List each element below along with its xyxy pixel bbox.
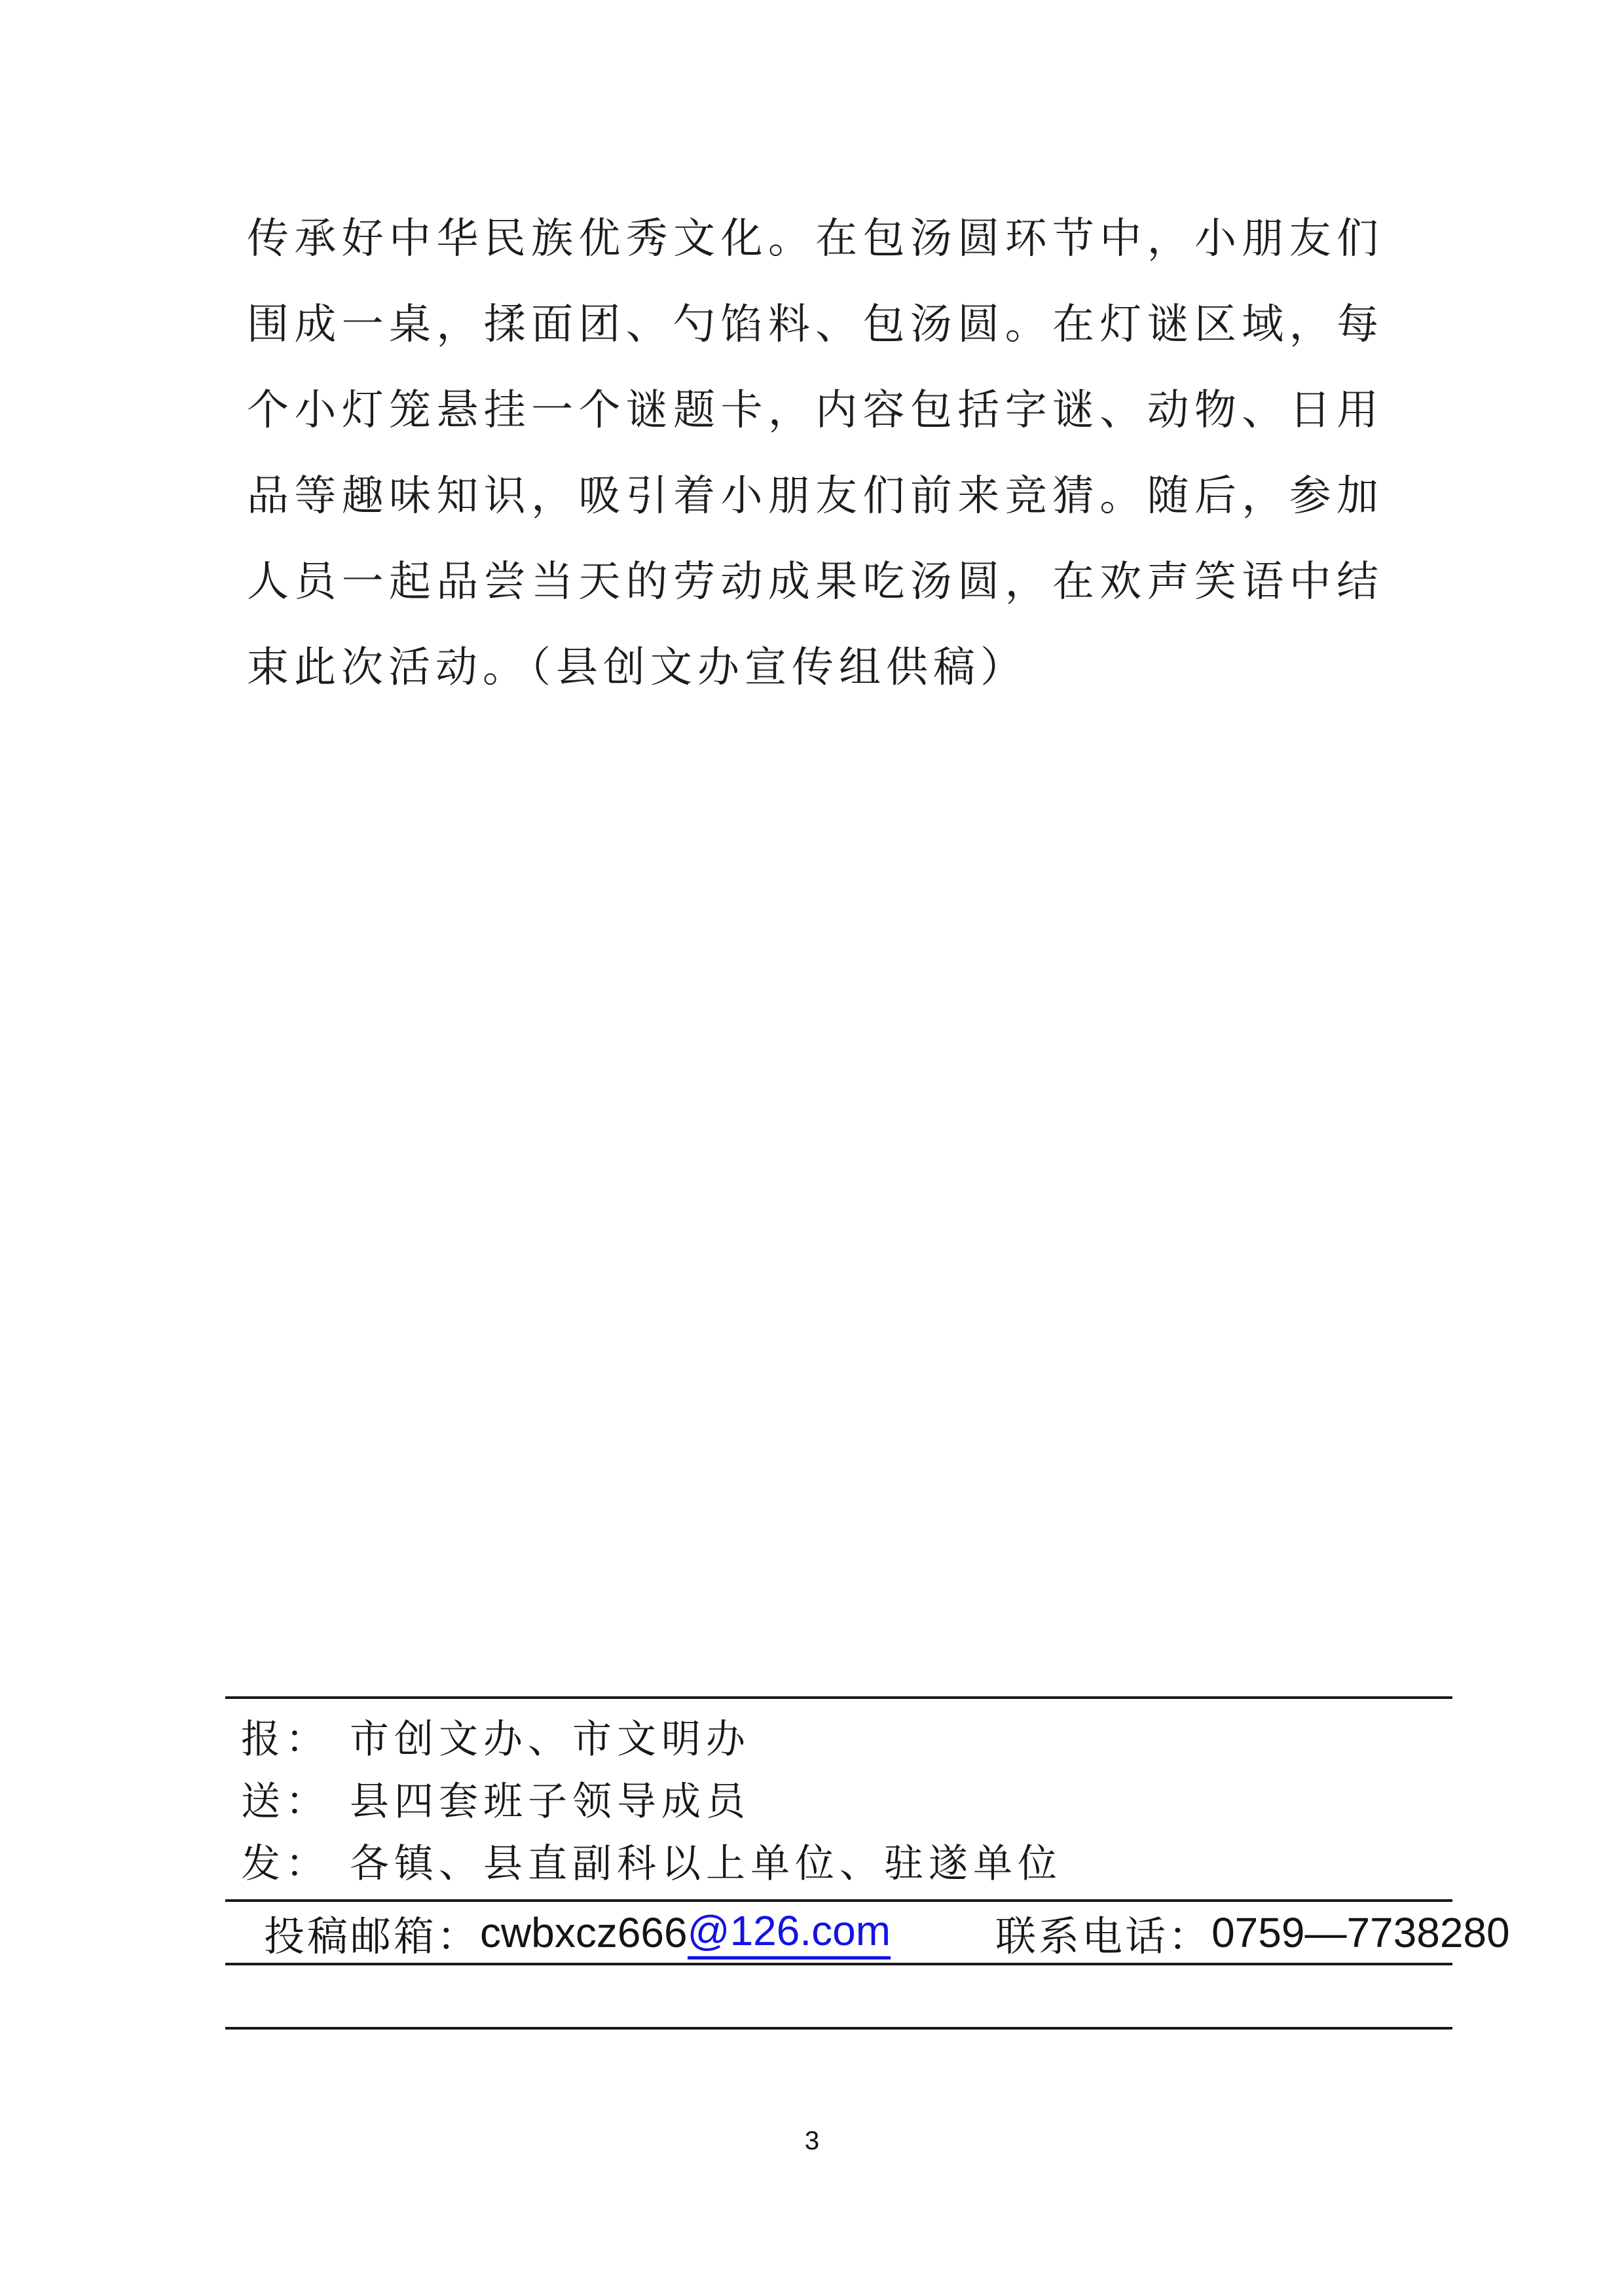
body-line: 品等趣味知识，吸引着小朋友们前来竞猜。随后，参加 (247, 453, 1384, 539)
distribution-value: 各镇、县直副科以上单位、驻遂单位 (350, 1842, 1062, 1886)
page-number: 3 (0, 2126, 1624, 2156)
document-page: 传承好中华民族优秀文化。在包汤圆环节中，小朋友们 围成一桌，揉面团、勺馅料、包汤… (0, 0, 1624, 2296)
email-user: cwbxcz666 (480, 1908, 688, 1957)
distribution-row-report: 报：市创文办、市文明办 (241, 1709, 1452, 1771)
distribution-label: 送： (241, 1780, 330, 1823)
body-line-last: 束此次活动。（县创文办宣传组供稿） (247, 625, 1384, 710)
body-line: 围成一桌，揉面团、勺馅料、包汤圆。在灯谜区域，每 (247, 282, 1384, 367)
distribution-list: 报：市创文办、市文明办 送：县四套班子领导成员 发：各镇、县直副科以上单位、驻遂… (241, 1709, 1452, 1895)
email-label: 投稿邮箱： (264, 1904, 480, 1962)
footer-top-rule (225, 1696, 1452, 1699)
distribution-row-send: 送：县四套班子领导成员 (241, 1771, 1452, 1833)
distribution-row-issue: 发：各镇、县直副科以上单位、驻遂单位 (241, 1833, 1452, 1895)
footer-contact-bottom-rule (225, 1963, 1452, 1965)
body-line: 人员一起品尝当天的劳动成果吃汤圆，在欢声笑语中结 (247, 539, 1384, 625)
contact-row: 投稿邮箱： cwbxcz666 @126.com 联系电话： 0759—7738… (225, 1903, 1452, 1962)
email-domain-link[interactable]: @126.com (688, 1906, 891, 1959)
body-line: 个小灯笼悬挂一个谜题卡，内容包括字谜、动物、日用 (247, 367, 1384, 453)
distribution-label: 发： (241, 1842, 330, 1886)
phone-number: 0759—7738280 (1211, 1908, 1510, 1957)
footer-bottom-rule (225, 2027, 1452, 2030)
footer-middle-rule (225, 1899, 1452, 1902)
distribution-value: 市创文办、市文明办 (350, 1718, 750, 1761)
distribution-value: 县四套班子领导成员 (350, 1780, 750, 1823)
distribution-label: 报： (241, 1718, 330, 1761)
phone-label: 联系电话： (995, 1904, 1211, 1962)
body-paragraph: 传承好中华民族优秀文化。在包汤圆环节中，小朋友们 围成一桌，揉面团、勺馅料、包汤… (247, 196, 1384, 710)
body-line: 传承好中华民族优秀文化。在包汤圆环节中，小朋友们 (247, 196, 1384, 282)
